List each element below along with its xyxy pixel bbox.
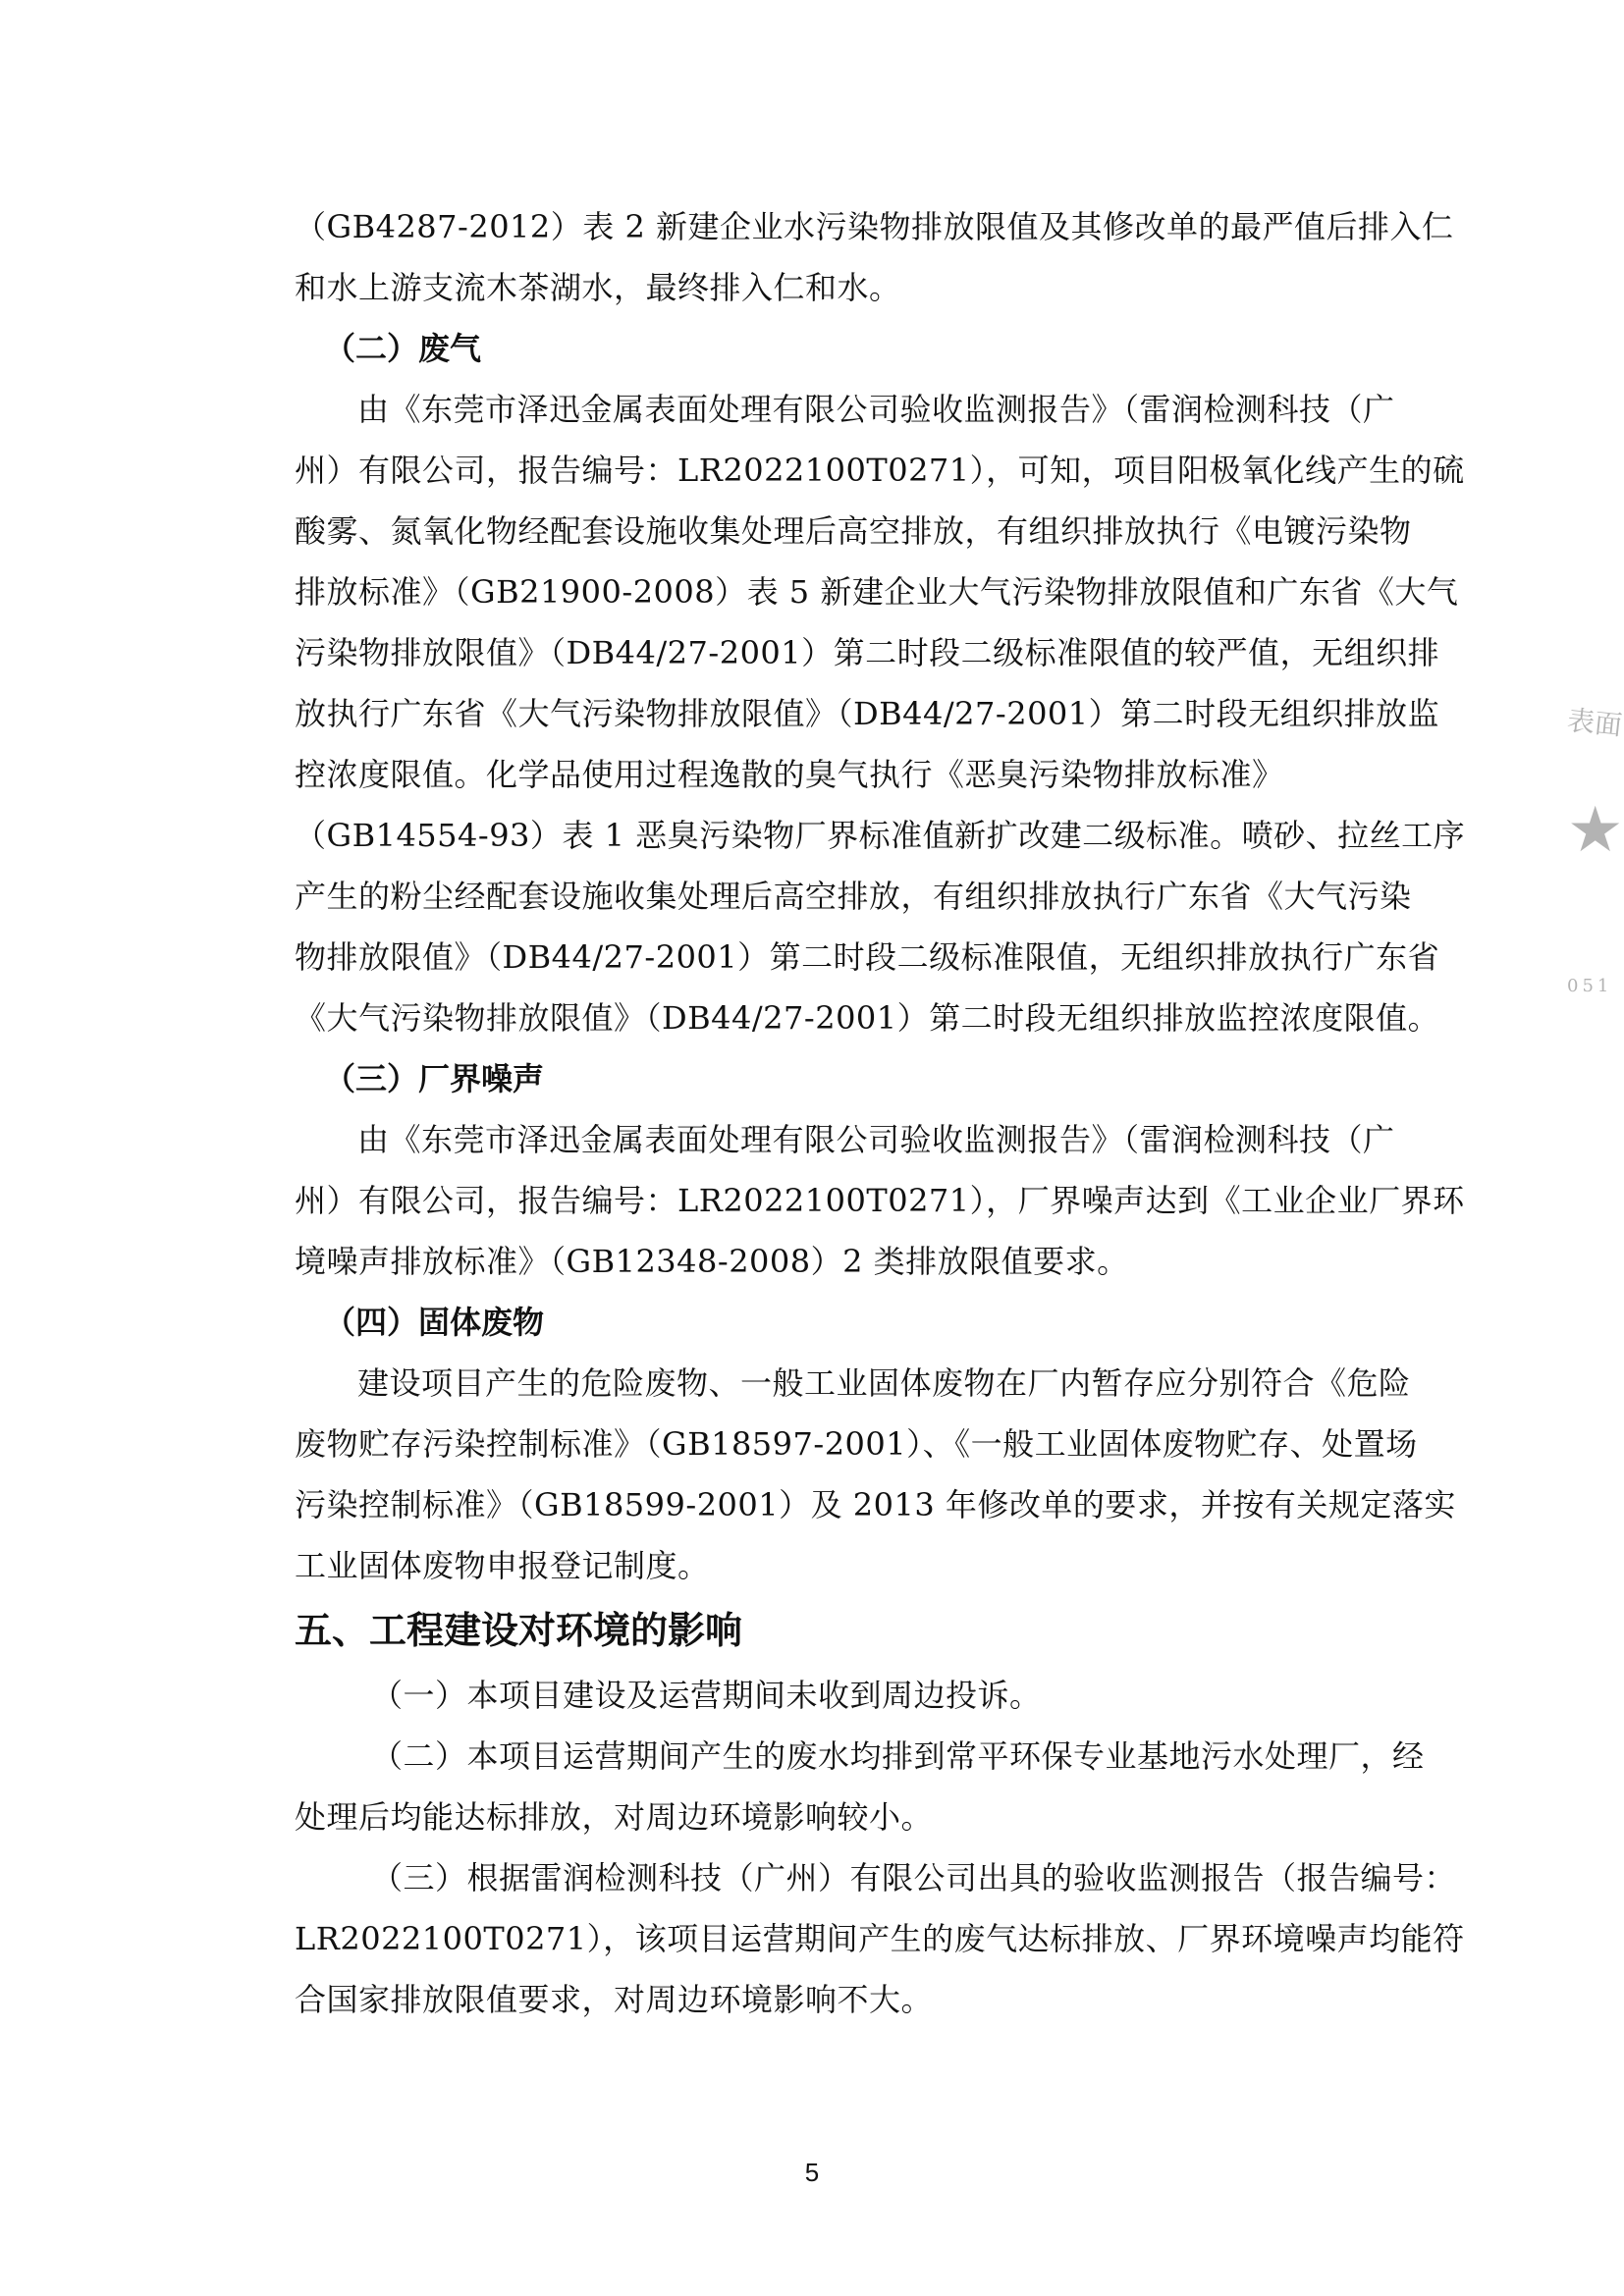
body-line: 和水上游支流木茶湖水，最终排入仁和水。 <box>295 257 1426 318</box>
body-line: 由《东莞市泽迅金属表面处理有限公司验收监测报告》（雷润检测科技（广 <box>295 1109 1426 1170</box>
body-line: 物排放限值》（DB44/27-2001）第二时段二级标准限值，无组织排放执行广东… <box>295 927 1426 988</box>
impact-item: （一）本项目建设及运营期间未收到周边投诉。 <box>295 1665 1426 1726</box>
impact-item: （二）本项目运营期间产生的废水均排到常平环保专业基地污水处理厂，经 <box>295 1726 1426 1787</box>
body-line: 污染控制标准》（GB18599-2001）及 2013 年修改单的要求，并按有关… <box>295 1474 1426 1535</box>
page-number: 5 <box>0 2158 1624 2188</box>
body-line: 污染物排放限值》（DB44/27-2001）第二时段二级标准限值的较严值，无组织… <box>295 622 1426 683</box>
star-icon: ★ <box>1567 799 1624 862</box>
body-line: LR2022100T0271），该项目运营期间产生的废气达标排放、厂界环境噪声均… <box>295 1908 1426 1969</box>
section-heading-noise: （三）厂界噪声 <box>295 1048 1426 1109</box>
body-line: 工业固体废物申报登记制度。 <box>295 1535 1426 1596</box>
body-line: 产生的粉尘经配套设施收集处理后高空排放，有组织排放执行广东省《大气污染 <box>295 866 1426 927</box>
stamp-text: 表面 <box>1565 704 1624 743</box>
body-line: 废物贮存污染控制标准》（GB18597-2001）、《一般工业固体废物贮存、处置… <box>295 1414 1426 1474</box>
body-line: 州）有限公司，报告编号：LR2022100T0271），厂界噪声达到《工业企业厂… <box>295 1170 1426 1231</box>
body-line: 合国家排放限值要求，对周边环境影响不大。 <box>295 1969 1426 2030</box>
chapter-heading-environmental-impact: 五、工程建设对环境的影响 <box>295 1596 1426 1665</box>
body-line: （GB4287-2012）表 2 新建企业水污染物排放限值及其修改单的最严值后排… <box>295 196 1426 257</box>
body-line: 酸雾、氮氧化物经配套设施收集处理后高空排放，有组织排放执行《电镀污染物 <box>295 501 1426 561</box>
body-line: 建设项目产生的危险废物、一般工业固体废物在厂内暂存应分别符合《危险 <box>295 1353 1426 1414</box>
body-line: 处理后均能达标排放，对周边环境影响较小。 <box>295 1787 1426 1847</box>
body-line: 控浓度限值。化学品使用过程逸散的臭气执行《恶臭污染物排放标准》 <box>295 744 1426 805</box>
seal-stamp: 表面 ★ 051 <box>1567 707 1624 1060</box>
body-line: （GB14554-93）表 1 恶臭污染物厂界标准值新扩改建二级标准。喷砂、拉丝… <box>295 805 1426 866</box>
body-line: 《大气污染物排放限值》（DB44/27-2001）第二时段无组织排放监控浓度限值… <box>295 988 1426 1048</box>
section-heading-solid-waste: （四）固体废物 <box>295 1292 1426 1353</box>
body-line: 排放标准》（GB21900-2008）表 5 新建企业大气污染物排放限值和广东省… <box>295 561 1426 622</box>
body-line: 境噪声排放标准》（GB12348-2008）2 类排放限值要求。 <box>295 1231 1426 1292</box>
body-line: 州）有限公司，报告编号：LR2022100T0271），可知，项目阳极氧化线产生… <box>295 440 1426 501</box>
body-line: 放执行广东省《大气污染物排放限值》（DB44/27-2001）第二时段无组织排放… <box>295 683 1426 744</box>
document-page: （GB4287-2012）表 2 新建企业水污染物排放限值及其修改单的最严值后排… <box>295 196 1426 2030</box>
stamp-number: 051 <box>1567 970 1624 1003</box>
body-line: 由《东莞市泽迅金属表面处理有限公司验收监测报告》（雷润检测科技（广 <box>295 379 1426 440</box>
impact-item: （三）根据雷润检测科技（广州）有限公司出具的验收监测报告（报告编号： <box>295 1847 1426 1908</box>
section-heading-waste-gas: （二）废气 <box>295 318 1426 379</box>
